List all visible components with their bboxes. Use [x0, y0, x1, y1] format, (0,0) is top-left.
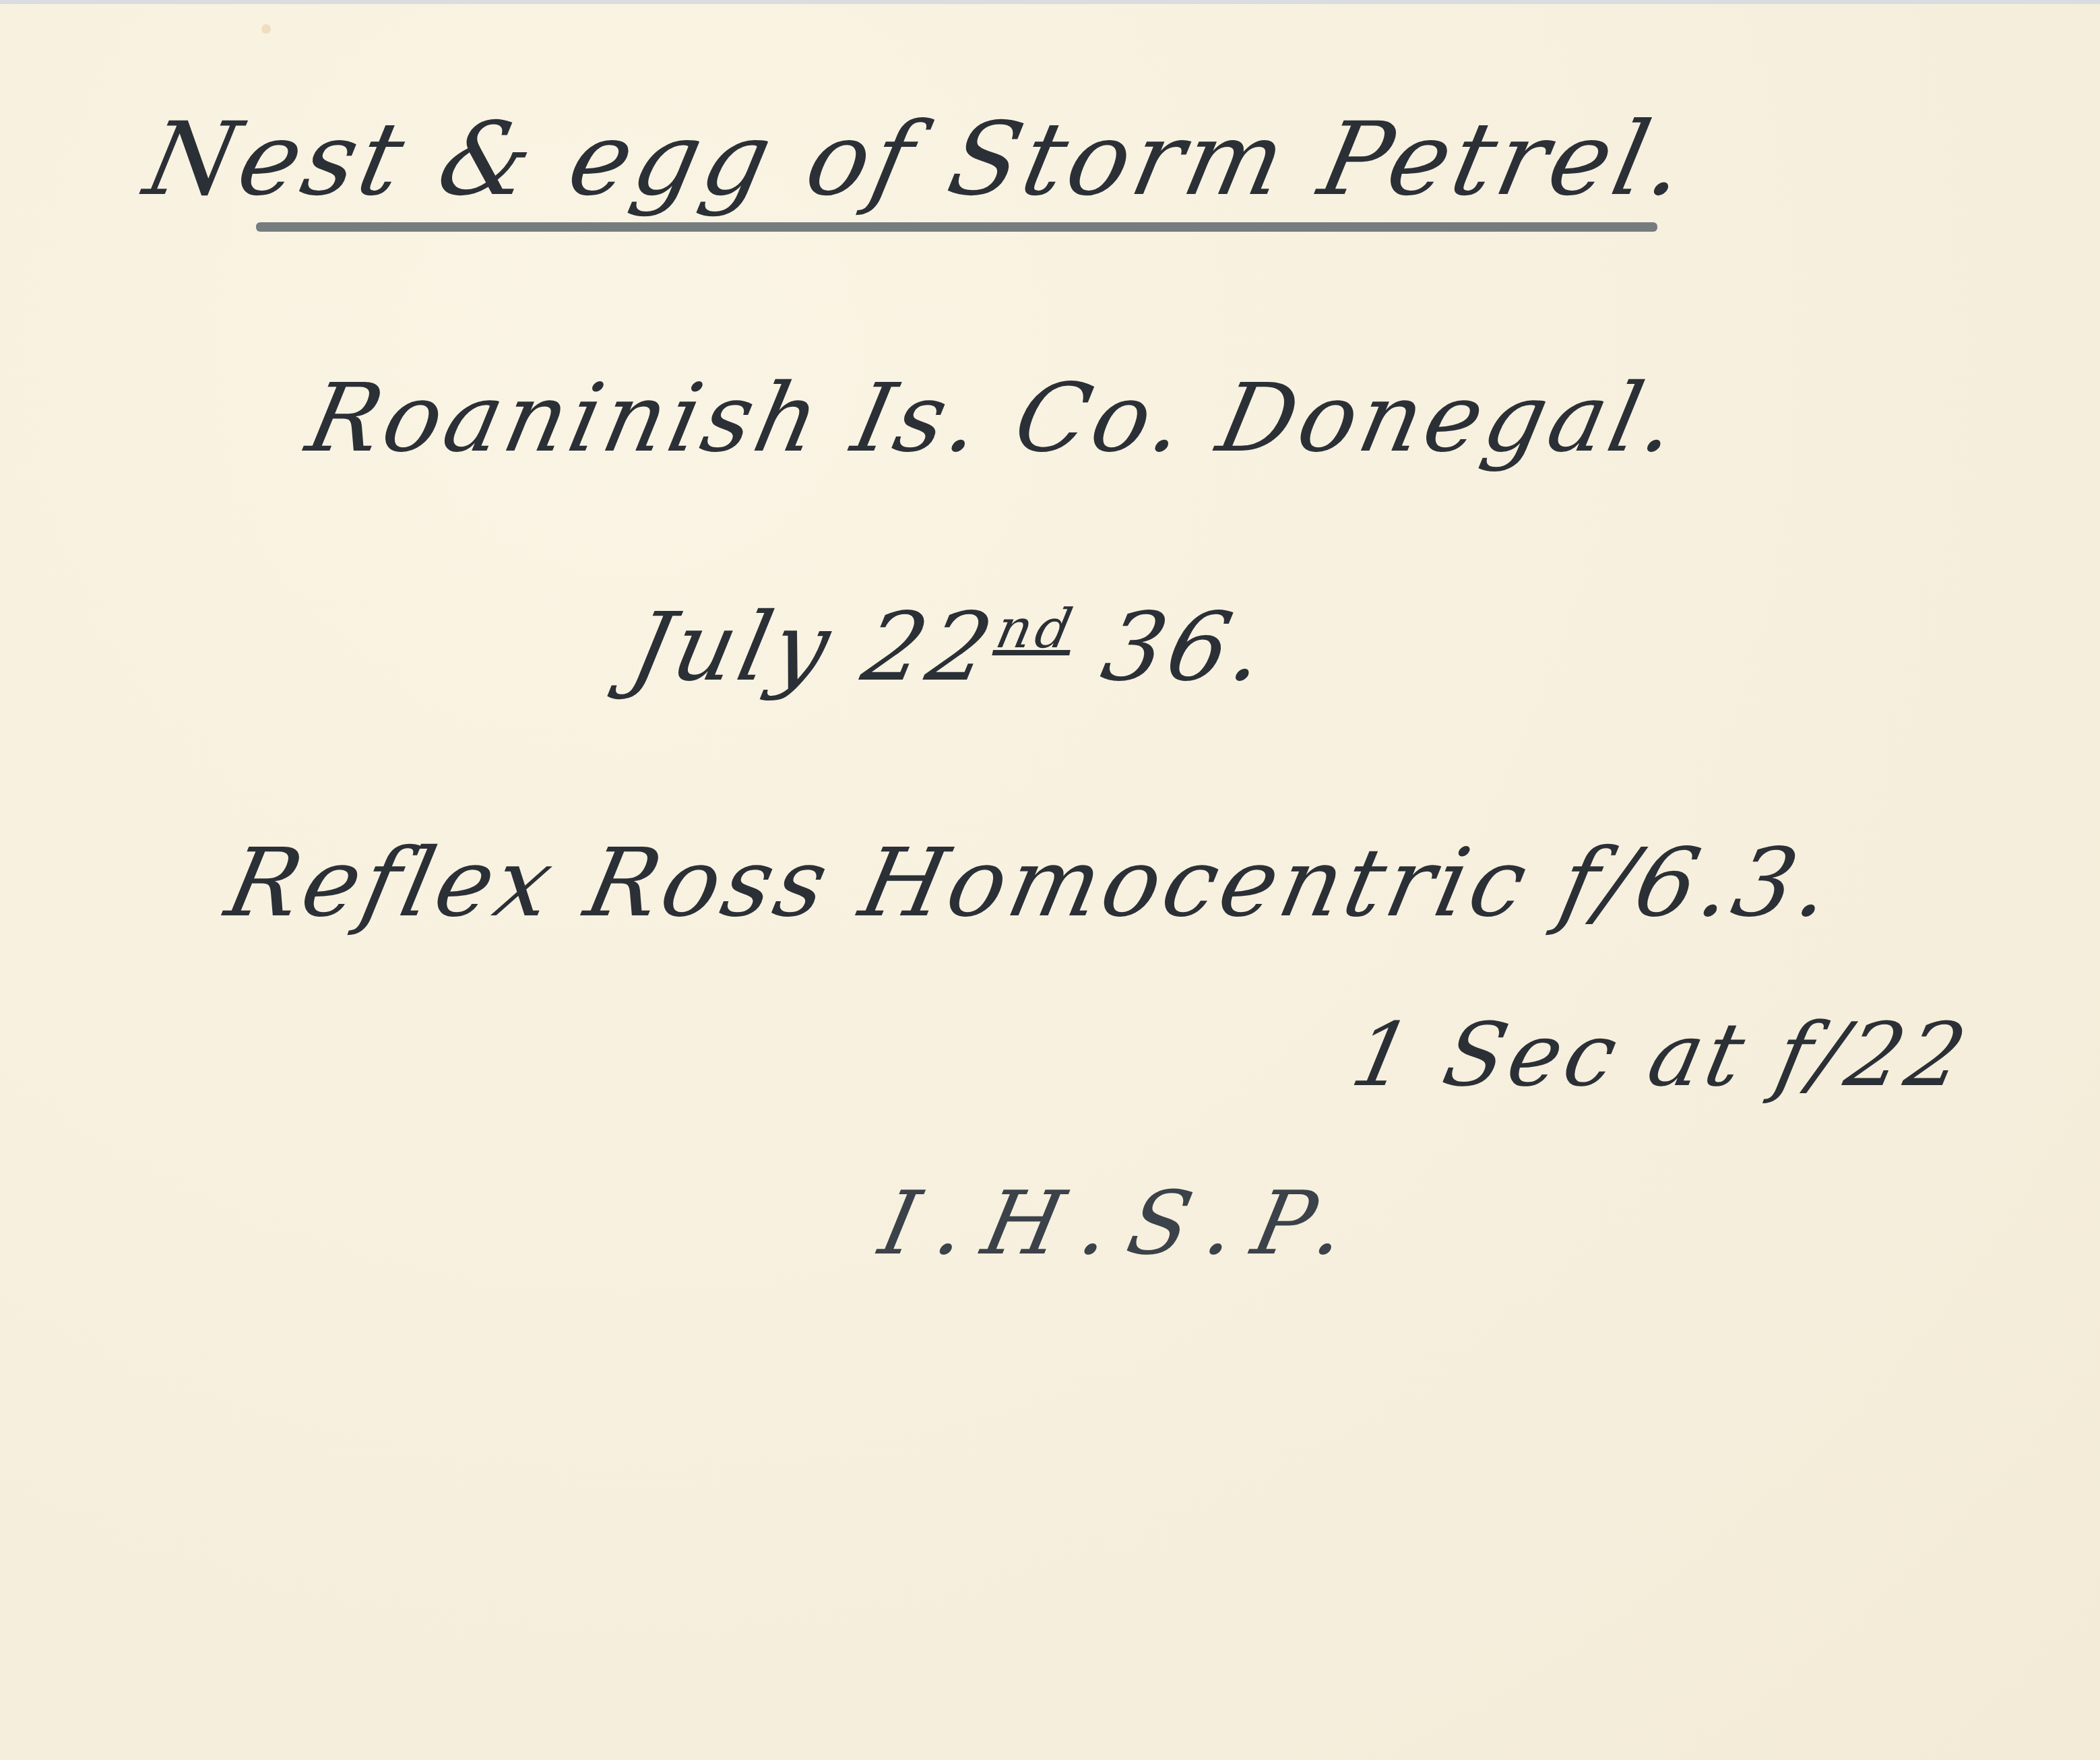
- camera-lens-line: Reflex Ross Homocentric f/6.3.: [218, 828, 1845, 938]
- date-ordinal-suffix: nd: [991, 597, 1082, 660]
- initials-signature: I.H.S.P.: [872, 1172, 1376, 1274]
- date-line: July 22nd 36.: [622, 593, 1279, 703]
- location-line: Roaninish Is. Co. Donegal.: [298, 364, 1690, 474]
- paper-stain: [261, 24, 271, 34]
- card-top-edge: [0, 0, 2100, 4]
- title-line: Nest & egg of Storm Petrel.: [136, 101, 1700, 218]
- title-underline: [256, 222, 1657, 232]
- note-card: Nest & egg of Storm Petrel. Roaninish Is…: [0, 0, 2100, 1760]
- date-text: July 22: [622, 593, 1005, 703]
- exposure-line: 1 Sec at f/22: [1343, 1004, 1979, 1106]
- date-year: 36.: [1059, 593, 1279, 703]
